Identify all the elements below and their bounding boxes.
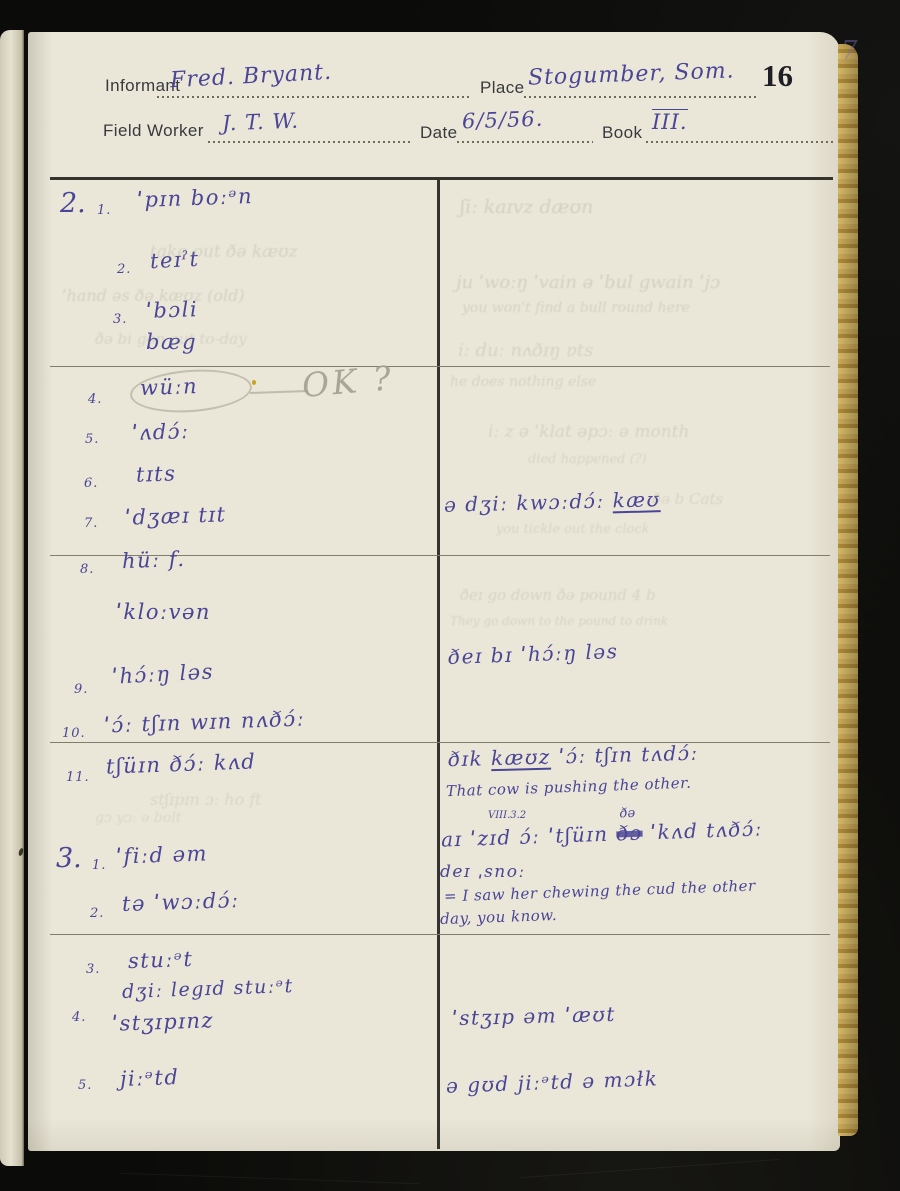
entry-number: 10. [62, 726, 86, 741]
entry-number: 3. [86, 962, 100, 977]
entry-number: 9. [74, 682, 88, 697]
bleedthrough-line: he does nothing else [450, 374, 596, 390]
dotted-rule [646, 141, 833, 143]
entry-number: 8. [80, 562, 94, 577]
bleedthrough-line: They go down to the pound to drink [450, 614, 668, 628]
entry-2-8: hüː f. [122, 547, 186, 573]
row-rule [50, 934, 830, 935]
date-value: 6/5/56. [462, 107, 544, 134]
entry-number: 1. [97, 203, 111, 218]
column-divider-rule [437, 177, 440, 1149]
bleedthrough-line: stʃɪpɪn ɔː ho ft [150, 790, 262, 809]
entry-2-6: tɪts [136, 461, 177, 486]
date-label: Date [420, 123, 458, 143]
bleedthrough-line: you tickle out the clock [496, 522, 650, 537]
bleedthrough-line: ðə bi gon out to-day [95, 330, 247, 348]
entry-number: 6. [84, 476, 98, 491]
entry-3-5: jiːᵊtd [120, 1065, 180, 1091]
page-stack-edge [838, 44, 858, 1136]
sentence-continuation: deɪ ˌsnoː [440, 862, 526, 882]
entry-number: 3. [113, 312, 127, 327]
dotted-rule [524, 96, 757, 98]
note-strip-out: ˈstʒɪp əm ˈæʊt [452, 1002, 616, 1030]
bleedthrough-line: iː duː nʌðɪŋ ɐts [458, 340, 593, 361]
dotted-rule [457, 141, 593, 143]
section-number: 2. [60, 188, 86, 219]
entry-number: 7. [84, 516, 98, 531]
page-number: 16 [762, 58, 793, 94]
row-rule [50, 742, 830, 743]
survey-reference: VIII.3.2 [488, 810, 526, 821]
scratch-mark [520, 1159, 779, 1178]
field-worker-value: J. T. W. [222, 109, 300, 136]
entry-number: 2. [117, 262, 131, 277]
bleedthrough-line: take out ðə kæʊz [150, 242, 298, 262]
paper-speck [252, 380, 256, 385]
bleedthrough-line: died happened (?) [528, 452, 647, 467]
entry-3-2: tə ˈwɔːdɔ́ː [122, 888, 240, 916]
section-number: 3. [56, 843, 82, 874]
book-value: III. [652, 110, 688, 134]
dotted-rule [208, 141, 413, 143]
bleedthrough-line: ˈhand əs ðə kæʊz (old) [62, 286, 245, 305]
notebook-scan: 7 Informant Fred. Bryant. Place Stogumbe… [0, 0, 900, 1191]
previous-page-edge [0, 30, 24, 1166]
entry-2-8b: ˈkloːvən [116, 600, 211, 624]
entry-2-5: ˈʌdɔ́ː [132, 419, 190, 445]
book-label: Book [602, 123, 642, 143]
row-rule [50, 366, 830, 367]
pencil-ok-annotation: OK ? [300, 358, 395, 405]
bleedthrough-line: gɔ yɔː ə bolt [95, 810, 181, 826]
bleedthrough-line: ðə b Cats [652, 490, 723, 508]
entry-3-3: stuːᵊt [128, 947, 194, 973]
entry-number: 4. [72, 1010, 86, 1025]
entry-number: 5. [78, 1078, 92, 1093]
table-top-rule [50, 177, 833, 180]
entry-2-1: ˈpɪn boːᵊn [137, 184, 254, 212]
place-label: Place [480, 78, 525, 98]
dotted-rule [157, 96, 472, 98]
entry-3-4: ˈstʒɪpɪnz [112, 1008, 215, 1036]
entry-number: 5. [85, 432, 99, 447]
bleedthrough-page-number: 7 [841, 36, 858, 66]
entry-number: 2. [90, 906, 104, 921]
bleedthrough-line: ʃiː kaɪvz dæʊn [460, 196, 593, 218]
scratch-mark [120, 1173, 420, 1184]
entry-2-7: ˈdʒæɪ tɪt [125, 502, 227, 530]
field-worker-label: Field Worker [103, 121, 204, 141]
entry-number: 4. [88, 392, 102, 407]
bleedthrough-line: iː z ə ˈklat əpɔː ə month [488, 422, 689, 442]
bleedthrough-line: ju ˈwoːŋ ˈvain ə ˈbul gwain ˈjɔ [456, 272, 720, 293]
bleedthrough-line: you won't find a bull round here [462, 300, 690, 316]
entry-number: 1. [92, 858, 106, 873]
entry-number: 11. [66, 770, 90, 785]
bleedthrough-line: ðeɪ go down ðə pound 4 b [460, 586, 656, 604]
entry-3-1: ˈfiːd əm [116, 841, 209, 868]
